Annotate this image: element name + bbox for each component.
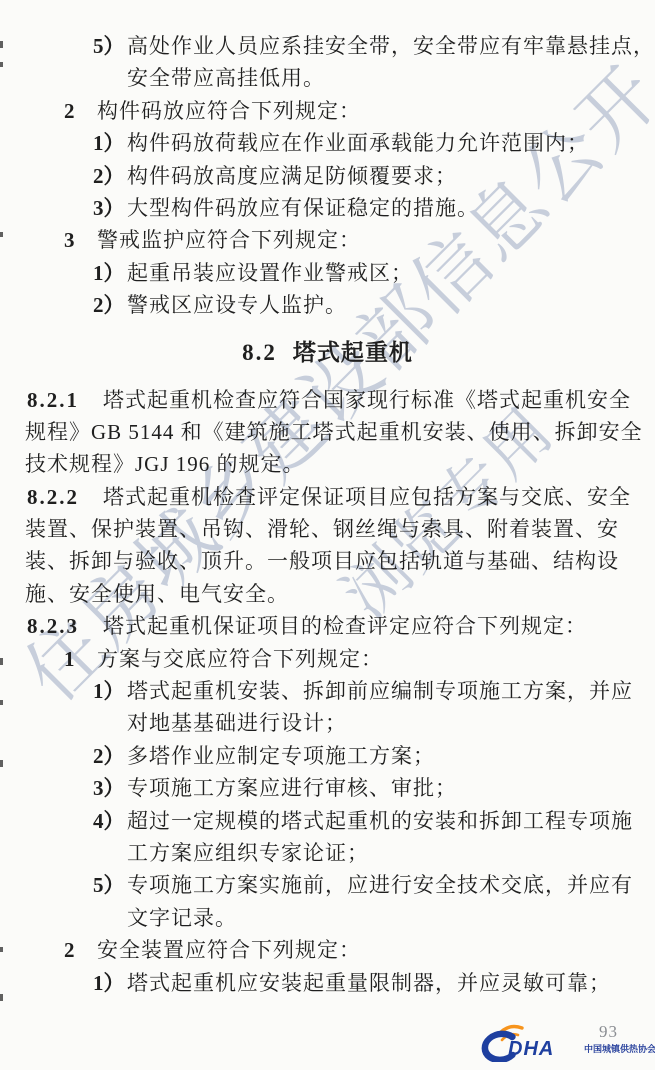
list-number: 1） — [93, 257, 127, 289]
line-text: 超过一定规模的塔式起重机的安装和拆卸工程专项施 — [127, 809, 633, 833]
line-text: 方案与交底应符合下列规定： — [97, 647, 383, 671]
doc-line: 安全带应高挂低用。 — [0, 62, 655, 94]
list-number: 3） — [93, 192, 127, 224]
doc-line: 1方案与交底应符合下列规定： — [0, 643, 655, 675]
association-logo: DHA 中国城镇供热协会 — [474, 1020, 655, 1062]
line-text: 大型构件码放应有保证稳定的措施。 — [127, 196, 479, 220]
section-title: 塔式起重机 — [293, 340, 413, 365]
line-text: 专项施工方案实施前，应进行安全技术交底，并应有 — [127, 873, 633, 897]
line-text: 工方案应组织专家论证； — [127, 841, 369, 865]
doc-line: 1）构件码放荷载应在作业面承载能力允许范围内； — [0, 127, 655, 159]
document-content: 5）高处作业人员应系挂安全带，安全带应有牢靠悬挂点，安全带应高挂低用。2构件码放… — [0, 30, 655, 999]
doc-line: 8.2.2塔式起重机检查评定保证项目应包括方案与交底、安全 — [0, 481, 655, 513]
line-text: 装、拆卸与验收、顶升。一般项目应包括轨道与基础、结构设 — [25, 549, 619, 573]
list-number: 1） — [93, 967, 127, 999]
doc-line: 对地基基础进行设计； — [0, 707, 655, 739]
list-number: 1） — [93, 127, 127, 159]
association-name: 中国城镇供热协会 — [584, 1042, 655, 1062]
line-text: 塔式起重机检查应符合国家现行标准《塔式起重机安全 — [103, 388, 631, 412]
doc-line: 2构件码放应符合下列规定： — [0, 95, 655, 127]
list-number: 8.2.1 — [27, 384, 103, 416]
doc-line: 规程》GB 5144 和《建筑施工塔式起重机安装、使用、拆卸安全 — [0, 416, 655, 448]
doc-line: 3）大型构件码放应有保证稳定的措施。 — [0, 192, 655, 224]
section-heading: 8.2塔式起重机 — [0, 322, 655, 384]
list-number: 3） — [93, 772, 127, 804]
doc-line: 2）警戒区应设专人监护。 — [0, 289, 655, 321]
line-text: 安全带应高挂低用。 — [127, 66, 325, 90]
line-text: 对地基基础进行设计； — [127, 711, 347, 735]
line-text: 技术规程》JGJ 196 的规定。 — [25, 452, 305, 476]
line-text: 施、安全使用、电气安全。 — [25, 582, 289, 606]
line-text: 专项施工方案应进行审核、审批； — [127, 776, 457, 800]
line-text: 多塔作业应制定专项施工方案； — [127, 744, 435, 768]
line-text: 警戒监护应符合下列规定： — [97, 228, 361, 252]
logo-abbr-text: DHA — [508, 1038, 554, 1060]
line-text: 起重吊装应设置作业警戒区； — [127, 261, 413, 285]
line-text: 构件码放高度应满足防倾覆要求； — [127, 164, 457, 188]
document-page: 住房城乡建设部信息公开 浏览专用 5）高处作业人员应系挂安全带，安全带应有牢靠悬… — [0, 0, 655, 1070]
line-text: 塔式起重机保证项目的检查评定应符合下列规定： — [103, 614, 587, 638]
doc-line: 8.2.1塔式起重机检查应符合国家现行标准《塔式起重机安全 — [0, 384, 655, 416]
doc-line: 2）构件码放高度应满足防倾覆要求； — [0, 160, 655, 192]
doc-line: 5）专项施工方案实施前，应进行安全技术交底，并应有 — [0, 869, 655, 901]
doc-line: 装、拆卸与验收、顶升。一般项目应包括轨道与基础、结构设 — [0, 545, 655, 577]
line-text: 文字记录。 — [127, 906, 237, 930]
list-number: 8.2.3 — [27, 610, 103, 642]
list-number: 5） — [93, 869, 127, 901]
line-text: 构件码放应符合下列规定： — [97, 99, 361, 123]
list-number: 2 — [64, 934, 97, 966]
doc-line: 8.2.3塔式起重机保证项目的检查评定应符合下列规定： — [0, 610, 655, 642]
list-number: 2 — [64, 95, 97, 127]
list-number: 2） — [93, 740, 127, 772]
list-number: 2） — [93, 289, 127, 321]
doc-line: 3警戒监护应符合下列规定： — [0, 224, 655, 256]
line-text: 塔式起重机安装、拆卸前应编制专项施工方案，并应 — [127, 679, 633, 703]
list-number: 5） — [93, 30, 127, 62]
doc-line: 4）超过一定规模的塔式起重机的安装和拆卸工程专项施 — [0, 805, 655, 837]
line-text: 规程》GB 5144 和《建筑施工塔式起重机安装、使用、拆卸安全 — [25, 420, 643, 444]
doc-line: 1）起重吊装应设置作业警戒区； — [0, 257, 655, 289]
line-text: 塔式起重机检查评定保证项目应包括方案与交底、安全 — [103, 485, 631, 509]
list-number: 2） — [93, 160, 127, 192]
line-text: 装置、保护装置、吊钩、滑轮、钢丝绳与索具、附着装置、安 — [25, 517, 619, 541]
doc-line: 施、安全使用、电气安全。 — [0, 578, 655, 610]
line-text: 警戒区应设专人监护。 — [127, 293, 347, 317]
line-text: 高处作业人员应系挂安全带，安全带应有牢靠悬挂点， — [127, 34, 655, 58]
list-number: 1 — [64, 643, 97, 675]
line-text: 安全装置应符合下列规定： — [97, 938, 361, 962]
list-number: 4） — [93, 805, 127, 837]
doc-line: 技术规程》JGJ 196 的规定。 — [0, 448, 655, 480]
doc-line: 工方案应组织专家论证； — [0, 837, 655, 869]
doc-line: 文字记录。 — [0, 902, 655, 934]
line-text: 塔式起重机应安装起重量限制器，并应灵敏可靠； — [127, 971, 611, 995]
doc-line: 1）塔式起重机安装、拆卸前应编制专项施工方案，并应 — [0, 675, 655, 707]
list-number: 3 — [64, 224, 97, 256]
section-number: 8.2 — [242, 340, 277, 365]
doc-line: 装置、保护装置、吊钩、滑轮、钢丝绳与索具、附着装置、安 — [0, 513, 655, 545]
list-number: 8.2.2 — [27, 481, 103, 513]
cdha-logo-icon: DHA — [474, 1022, 578, 1062]
line-text: 构件码放荷载应在作业面承载能力允许范围内； — [127, 131, 589, 155]
doc-line: 1）塔式起重机应安装起重量限制器，并应灵敏可靠； — [0, 967, 655, 999]
doc-line: 2安全装置应符合下列规定： — [0, 934, 655, 966]
list-number: 1） — [93, 675, 127, 707]
doc-line: 5）高处作业人员应系挂安全带，安全带应有牢靠悬挂点， — [0, 30, 655, 62]
doc-line: 2）多塔作业应制定专项施工方案； — [0, 740, 655, 772]
doc-line: 3）专项施工方案应进行审核、审批； — [0, 772, 655, 804]
